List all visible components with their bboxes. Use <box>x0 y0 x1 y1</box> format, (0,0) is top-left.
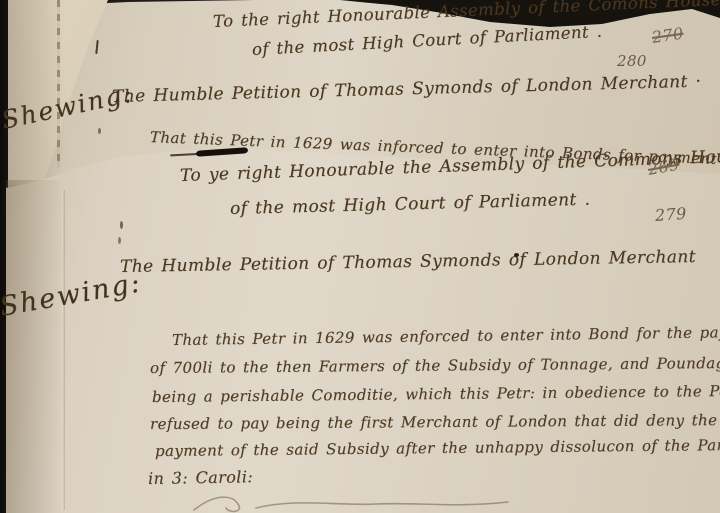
bottom-left-edge-shadow <box>6 180 62 513</box>
ink-speck <box>120 221 123 229</box>
partial-line-flourish <box>186 492 516 513</box>
sheet1-folio-new: 280 <box>617 52 647 70</box>
vertical-crease <box>62 190 65 510</box>
stitched-seam <box>57 0 60 168</box>
ink-speck <box>514 253 519 257</box>
sheet2-folio-new: 279 <box>654 204 687 225</box>
sheet2-body-line-6: in 3: Caroli: <box>148 467 253 488</box>
manuscript-photo: To the right Honourable Assembly of the … <box>0 0 720 513</box>
ink-speck <box>98 128 101 134</box>
ink-speck <box>118 237 121 244</box>
